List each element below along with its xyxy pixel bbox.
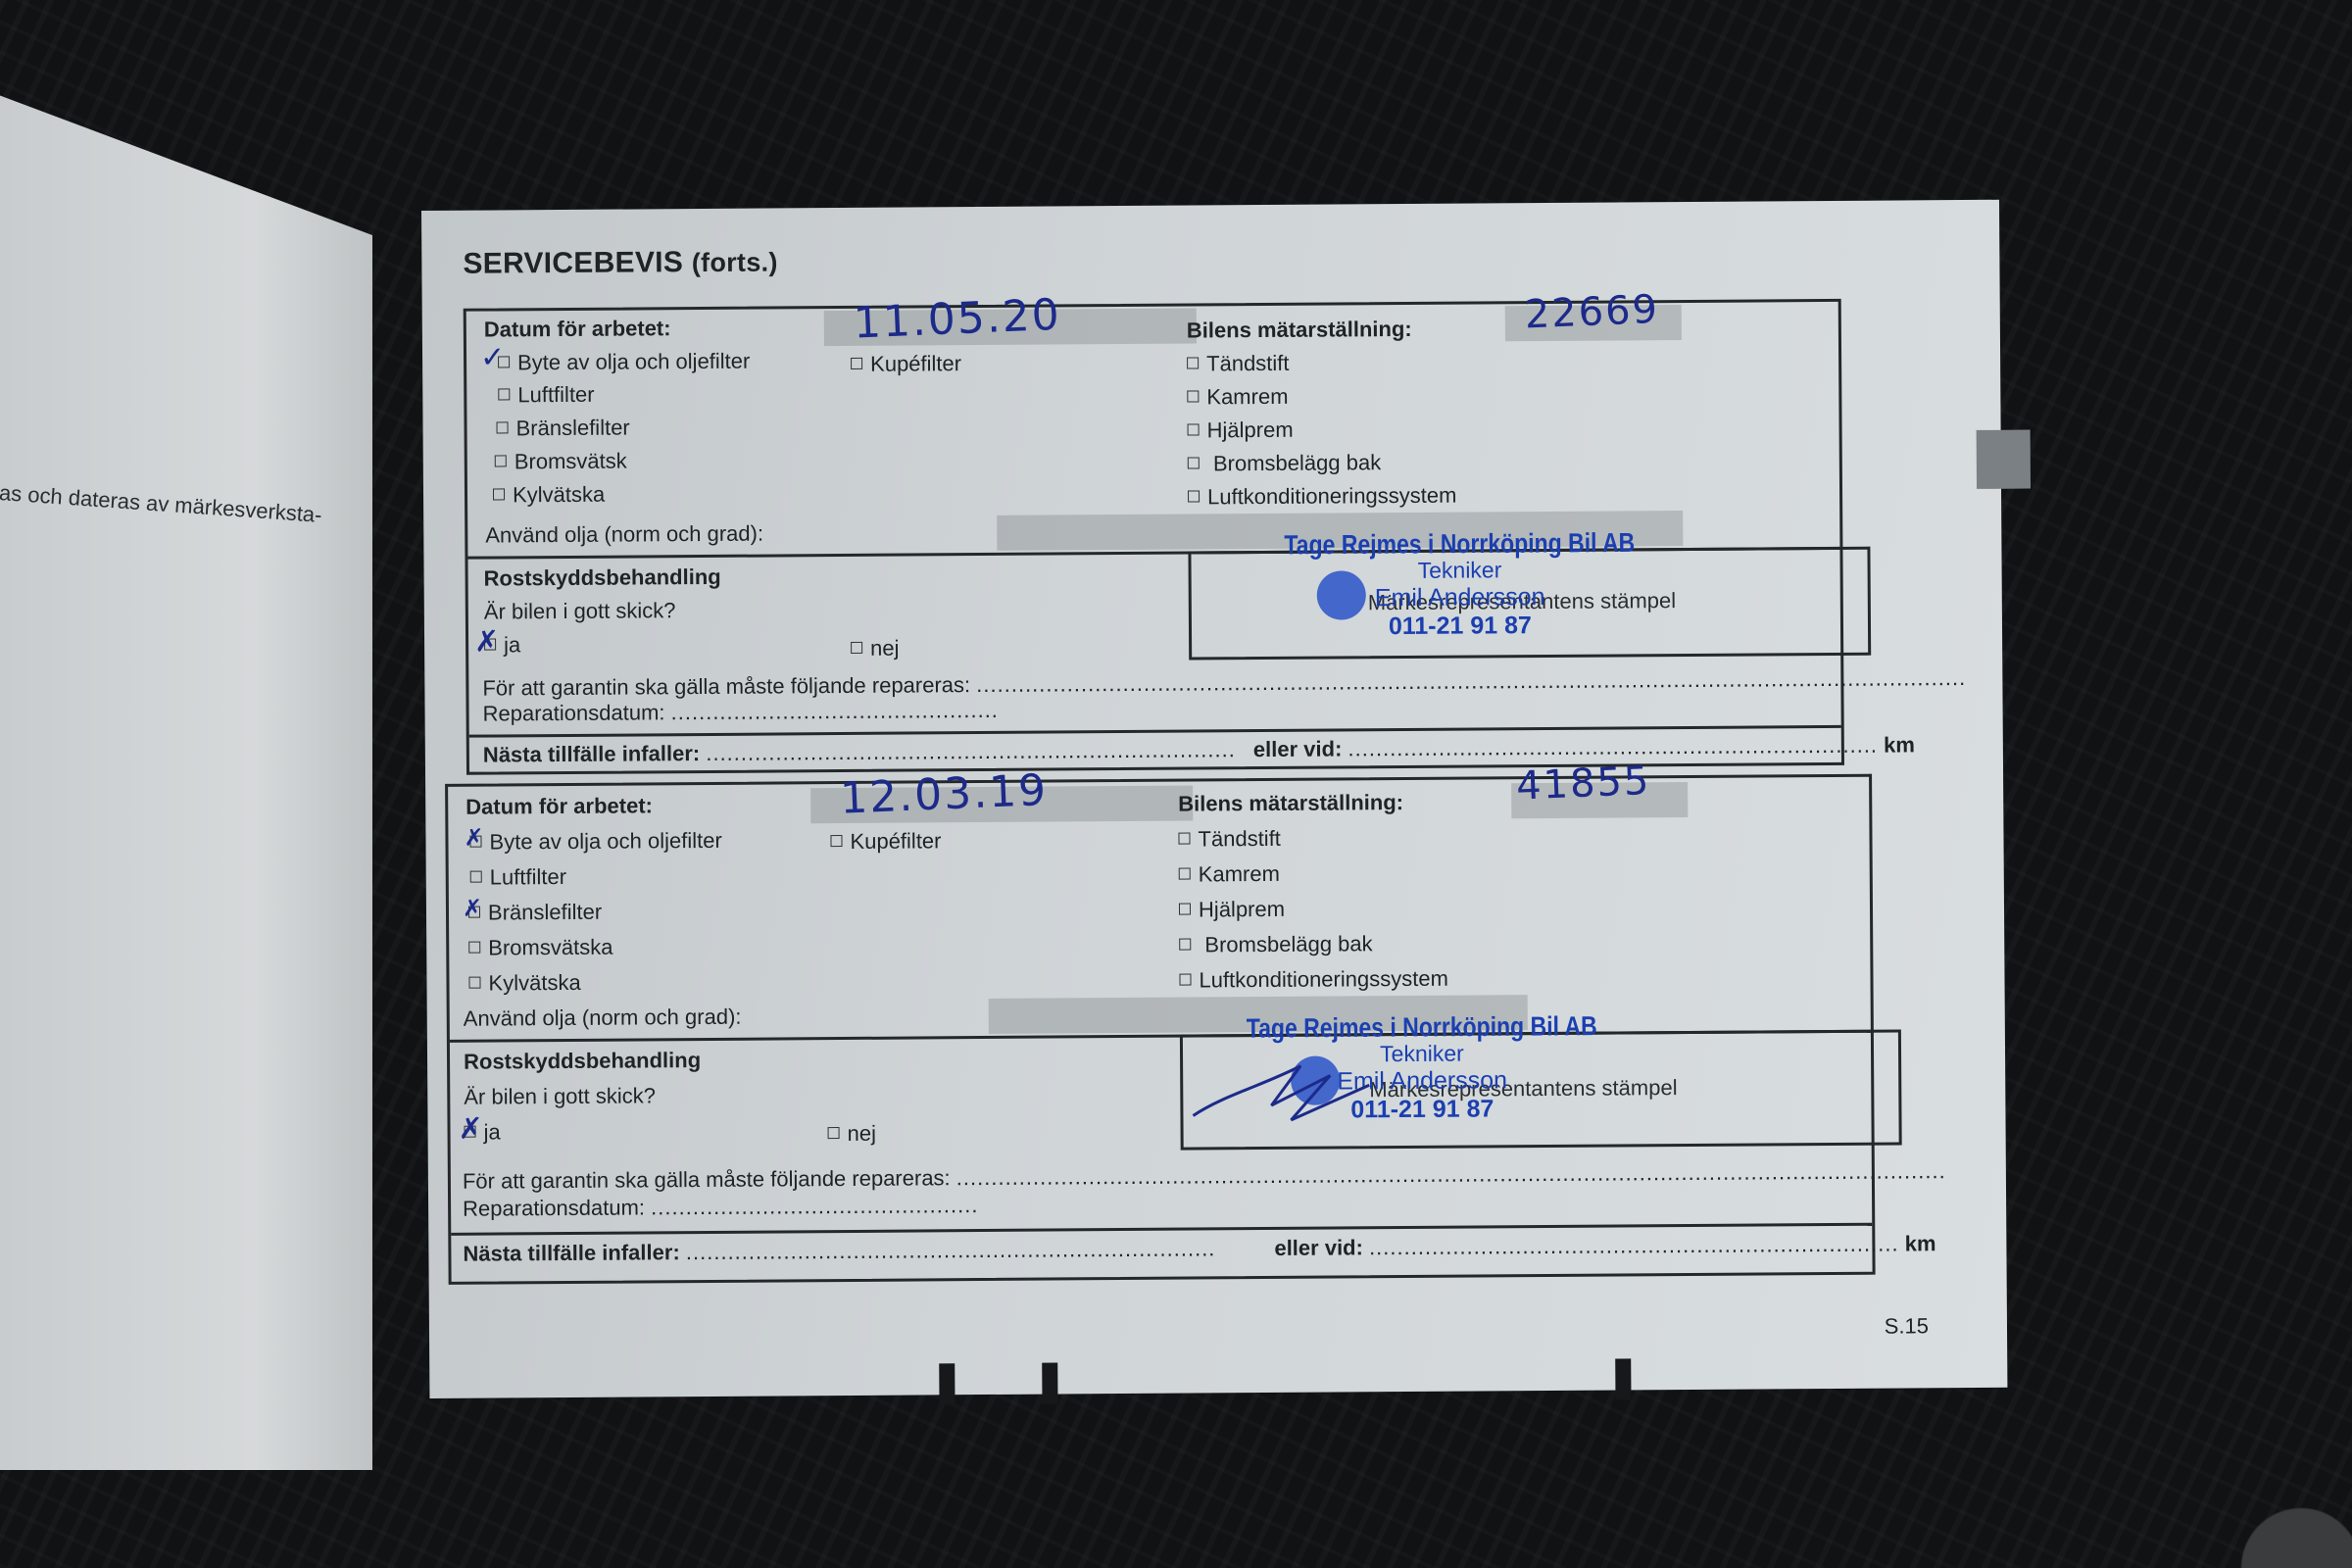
rust-title: Rostskyddsbehandling [484, 564, 721, 592]
rust-no-option[interactable]: nej [827, 1121, 876, 1147]
title-text: SERVICEBEVIS [463, 246, 683, 280]
page-tick-mark [1615, 1358, 1631, 1399]
left-page: as och dateras av märkesverksta- [0, 69, 372, 1470]
warranty-text: För att garantin ska gälla måste följand… [463, 1158, 1946, 1195]
title-subtitle: (forts.) [692, 247, 778, 277]
warranty-text: För att garantin ska gälla måste följand… [482, 665, 1966, 702]
checkbox-icon [1178, 833, 1190, 845]
service-record-1: Datum för arbetet: 11.05.20 Bilens mätar… [464, 299, 1844, 775]
page-tick-mark [939, 1363, 955, 1404]
page-number: S.15 [1885, 1313, 1929, 1339]
checkbox-icon [830, 835, 842, 847]
odometer-label: Bilens mätarställning: [1178, 790, 1403, 817]
oil-used-label: Använd olja (norm och grad): [485, 521, 763, 549]
checklist-item[interactable]: Bromsbelägg bak [1179, 931, 1373, 957]
dealer-stamp-box: Märkesrepresentantens stämpel Tage Rejme… [1180, 1029, 1902, 1150]
checkbox-icon [468, 977, 480, 989]
checkbox-icon [470, 871, 482, 883]
date-handwritten: 11.05.20 [853, 290, 1062, 349]
date-label: Datum för arbetet: [484, 316, 671, 342]
checklist-item[interactable]: Hjälprem [1179, 897, 1285, 923]
checkbox-icon [1179, 974, 1191, 986]
checklist-item[interactable]: Luftkonditioneringssystem [1179, 966, 1448, 994]
checklist-item[interactable]: Kamrem [1179, 861, 1280, 888]
floor-mat-detail [2097, 1372, 2352, 1568]
odometer-handwritten: 22669 [1524, 287, 1660, 338]
checklist-item[interactable]: Bromsbelägg bak [1188, 450, 1382, 476]
checklist-item[interactable]: Tändstift [1187, 351, 1290, 377]
checklist-item[interactable]: Bränslefilter [468, 900, 602, 926]
checklist-item[interactable]: Byte av olja och oljefilter [498, 349, 750, 376]
condition-question: Är bilen i gott skick? [484, 598, 676, 624]
next-service: Nästa tillfälle infaller: ..............… [483, 737, 1236, 767]
next-service: Nästa tillfälle infaller: ..............… [463, 1236, 1215, 1266]
checklist-item[interactable]: Hjälprem [1187, 417, 1293, 444]
odometer-handwritten: 41855 [1515, 759, 1651, 809]
checkbox-icon [1188, 491, 1200, 503]
dealer-stamp-box: Märkesrepresentantens stämpel Tage Rejme… [1188, 547, 1871, 661]
checkmark-icon: ✓ [480, 340, 505, 374]
checklist-item[interactable]: Kamrem [1187, 384, 1288, 411]
checkbox-icon [1187, 358, 1199, 369]
checkmark-icon: ✗ [463, 895, 482, 922]
checkbox-icon [495, 456, 507, 467]
checklist-item[interactable]: Kupéfilter [830, 828, 941, 855]
date-handwritten: 12.03.19 [839, 765, 1049, 824]
checkbox-icon [468, 942, 480, 954]
checklist-item[interactable]: Kupéfilter [851, 351, 961, 377]
x-mark-icon: ✗ [458, 1112, 482, 1147]
checklist-item[interactable]: Luftkonditioneringssystem [1188, 483, 1457, 511]
odometer-label: Bilens mätarställning: [1187, 317, 1412, 344]
checkmark-icon: ✗ [464, 824, 483, 852]
checkbox-icon [497, 422, 509, 434]
service-record-2: Datum för arbetet: 12.03.19 Bilens mätar… [445, 774, 1876, 1285]
rust-title: Rostskyddsbehandling [464, 1048, 701, 1075]
oil-used-label: Använd olja (norm och grad): [464, 1004, 742, 1032]
service-record-page: SERVICEBEVIS (forts.) Datum för arbetet:… [421, 200, 2007, 1398]
checkbox-icon [493, 489, 505, 501]
page-tick-mark [1042, 1362, 1057, 1403]
checklist-item[interactable]: Bromsvätsk [495, 449, 627, 475]
checklist-item[interactable]: Kylvätska [468, 970, 580, 997]
stamp-logo-icon [1317, 570, 1366, 619]
signature [1183, 1046, 1380, 1135]
rust-no-option[interactable]: nej [851, 636, 900, 661]
next-service-km: eller vid: .............................… [1274, 1231, 1935, 1261]
page-tab-marker [1977, 430, 2031, 489]
x-mark-icon: ✗ [474, 624, 499, 659]
left-page-text-fragment: as och dateras av märkesverksta- [0, 480, 322, 528]
checklist-item[interactable]: Kylvätska [493, 482, 605, 509]
checkbox-icon [1179, 939, 1191, 951]
checklist-item[interactable]: Bromsvätska [468, 935, 612, 961]
checkbox-icon [498, 389, 510, 401]
checkbox-icon [851, 358, 862, 369]
checklist-item[interactable]: Tändstift [1178, 826, 1281, 853]
checklist-item[interactable]: Luftfilter [470, 864, 566, 891]
checkbox-icon [1187, 391, 1199, 403]
next-service-km: eller vid: .............................… [1253, 732, 1915, 762]
repair-date: Reparationsdatum: ......................… [482, 698, 998, 727]
checklist-item[interactable]: Byte av olja och oljefilter [469, 828, 721, 856]
checkbox-icon [851, 642, 862, 654]
checkbox-icon [1188, 424, 1200, 436]
condition-question: Är bilen i gott skick? [464, 1083, 656, 1109]
checklist-item[interactable]: Bränslefilter [496, 416, 629, 442]
checkbox-icon [1179, 868, 1191, 880]
repair-date: Reparationsdatum: ......................… [463, 1193, 978, 1222]
date-label: Datum för arbetet: [465, 793, 653, 819]
checkbox-icon [1179, 904, 1191, 915]
checkbox-icon [1188, 458, 1200, 469]
checklist-item[interactable]: Luftfilter [498, 382, 594, 409]
page-title: SERVICEBEVIS (forts.) [463, 245, 778, 280]
checkbox-icon [828, 1127, 840, 1139]
